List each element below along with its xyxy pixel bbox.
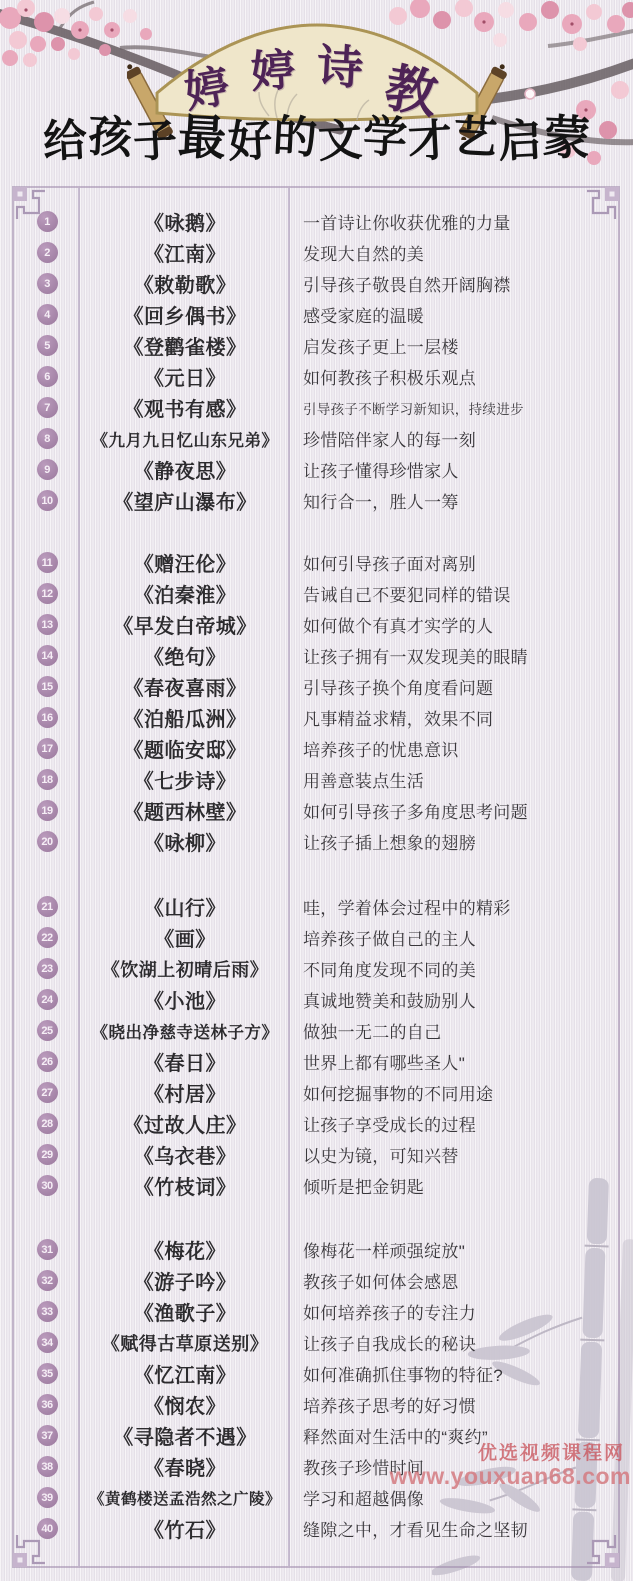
poem-title: 《乌衣巷》 xyxy=(80,1140,290,1169)
poem-title: 《春夜喜雨》 xyxy=(80,672,290,701)
poem-title: 《回乡偶书》 xyxy=(80,300,290,329)
item-number-badge: 17 xyxy=(37,738,58,759)
poem-title: 《望庐山瀑布》 xyxy=(80,486,290,515)
item-number-badge: 11 xyxy=(37,552,58,573)
watermark: 优选视频课程网 www.youxuan68.com xyxy=(389,1444,631,1488)
list-item: 11 《赠汪伦》 如何引导孩子面对离别 xyxy=(14,547,618,578)
poem-title: 《早发白帝城》 xyxy=(80,610,290,639)
list-item: 24 《小池》 真诚地赞美和鼓励别人 xyxy=(14,984,618,1015)
list-item: 7 《观书有感》 引导孩子不断学习新知识，持续进步 xyxy=(14,392,618,423)
item-number-badge: 22 xyxy=(37,927,58,948)
item-number-badge: 30 xyxy=(37,1175,58,1196)
list-item: 8 《九月九日忆山东兄弟》 珍惜陪伴家人的每一刻 xyxy=(14,423,618,454)
watermark-site-url: www.youxuan68.com xyxy=(389,1465,631,1488)
list-item: 2 《江南》 发现大自然的美 xyxy=(14,237,618,268)
poem-title: 《忆江南》 xyxy=(80,1359,290,1388)
poem-title: 《绝句》 xyxy=(80,641,290,670)
poem-description: 让孩子插上想象的翅膀 xyxy=(290,829,618,854)
poem-description: 缝隙之中，才看见生命之坚韧 xyxy=(290,1516,618,1541)
item-number-badge: 26 xyxy=(37,1051,58,1072)
poem-description: 培养孩子做自己的主人 xyxy=(290,925,618,950)
poem-description: 知行合一，胜人一筹 xyxy=(290,488,618,513)
item-number-badge: 29 xyxy=(37,1144,58,1165)
list-item: 40 《竹石》 缝隙之中，才看见生命之坚韧 xyxy=(14,1513,618,1544)
poem-title: 《饮湖上初晴后雨》 xyxy=(80,956,290,982)
item-number-badge: 38 xyxy=(37,1456,58,1477)
poem-title: 《过故人庄》 xyxy=(80,1109,290,1138)
item-number-badge: 7 xyxy=(37,397,58,418)
list-frame: 1 《咏鹅》 一首诗让你收获优雅的力量 2 《江南》 发现大自然的美 3 《敕勒… xyxy=(12,186,620,1568)
item-number-badge: 13 xyxy=(37,614,58,635)
list-item: 32 《游子吟》 教孩子如何体会感恩 xyxy=(14,1265,618,1296)
poem-title: 《题临安邸》 xyxy=(80,734,290,763)
list-item: 4 《回乡偶书》 感受家庭的温暖 xyxy=(14,299,618,330)
item-number-badge: 32 xyxy=(37,1270,58,1291)
poem-description: 如何挖掘事物的不同用途 xyxy=(290,1080,618,1105)
list-item: 17 《题临安邸》 培养孩子的忧患意识 xyxy=(14,733,618,764)
item-number-badge: 36 xyxy=(37,1394,58,1415)
poem-title: 《泊船瓜洲》 xyxy=(80,703,290,732)
poem-title: 《元日》 xyxy=(80,362,290,391)
list-item: 12 《泊秦淮》 告诫自己不要犯同样的错误 xyxy=(14,578,618,609)
list-item: 28 《过故人庄》 让孩子享受成长的过程 xyxy=(14,1108,618,1139)
list-item: 6 《元日》 如何教孩子积极乐观点 xyxy=(14,361,618,392)
poem-description: 不同角度发现不同的美 xyxy=(290,956,618,981)
subtitle-char: 子 xyxy=(132,119,178,165)
poem-title: 《咏鹅》 xyxy=(80,207,290,236)
list-item: 36 《悯农》 培养孩子思考的好习惯 xyxy=(14,1389,618,1420)
poem-title: 《观书有感》 xyxy=(80,393,290,422)
list-item: 13 《早发白帝城》 如何做个有真才实学的人 xyxy=(14,609,618,640)
list-item: 3 《敕勒歌》 引导孩子敬畏自然开阔胸襟 xyxy=(14,268,618,299)
subtitle-char: 才 xyxy=(406,119,452,165)
poem-description: 感受家庭的温暖 xyxy=(290,302,618,327)
poem-title: 《渔歌子》 xyxy=(80,1297,290,1326)
item-number-badge: 6 xyxy=(37,366,58,387)
poem-description: 让孩子拥有一双发现美的眼睛 xyxy=(290,643,618,668)
list-item: 18 《七步诗》 用善意装点生活 xyxy=(14,764,618,795)
list-item: 34 《赋得古草原送别》 让孩子自我成长的秘诀 xyxy=(14,1327,618,1358)
list-item: 25 《晓出净慈寺送林子方》 做独一无二的自己 xyxy=(14,1015,618,1046)
list-item: 9 《静夜思》 让孩子懂得珍惜家人 xyxy=(14,454,618,485)
poem-description: 让孩子懂得珍惜家人 xyxy=(290,457,618,482)
item-number-badge: 21 xyxy=(37,896,58,917)
poem-title: 《小池》 xyxy=(80,985,290,1014)
item-number-badge: 20 xyxy=(37,831,58,852)
poem-title: 《寻隐者不遇》 xyxy=(80,1421,290,1450)
subtitle-char: 的 xyxy=(271,115,317,161)
list-item: 35 《忆江南》 如何准确抓住事物的特征? xyxy=(14,1358,618,1389)
poem-description: 让孩子享受成长的过程 xyxy=(290,1111,618,1136)
list-item: 27 《村居》 如何挖掘事物的不同用途 xyxy=(14,1077,618,1108)
poem-description: 如何准确抓住事物的特征? xyxy=(290,1361,618,1386)
item-number-badge: 14 xyxy=(37,645,58,666)
list-item: 20 《咏柳》 让孩子插上想象的翅膀 xyxy=(14,826,618,857)
item-number-badge: 4 xyxy=(37,304,58,325)
poem-description: 教孩子如何体会感恩 xyxy=(290,1268,618,1293)
poem-description: 如何教孩子积极乐观点 xyxy=(290,364,618,389)
subtitle-char: 文 xyxy=(316,119,362,165)
poem-title: 《赠汪伦》 xyxy=(80,548,290,577)
subtitle-char: 孩 xyxy=(87,115,133,161)
poem-description: 让孩子自我成长的秘诀 xyxy=(290,1330,618,1355)
poem-group-1-10: 1 《咏鹅》 一首诗让你收获优雅的力量 2 《江南》 发现大自然的美 3 《敕勒… xyxy=(14,206,618,516)
poem-description: 凡事精益求精，效果不同 xyxy=(290,705,618,730)
poem-title: 《七步诗》 xyxy=(80,765,290,794)
poem-description: 引导孩子换个角度看问题 xyxy=(290,674,618,699)
list-item: 26 《春日》 世界上都有哪些圣人" xyxy=(14,1046,618,1077)
list-item: 14 《绝句》 让孩子拥有一双发现美的眼睛 xyxy=(14,640,618,671)
subtitle-char: 给 xyxy=(42,119,88,165)
subtitle-char: 艺 xyxy=(451,115,497,161)
banner-title-char: 诗 xyxy=(316,43,364,91)
poem-title: 《敕勒歌》 xyxy=(80,269,290,298)
list-item: 15 《春夜喜雨》 引导孩子换个角度看问题 xyxy=(14,671,618,702)
poem-title: 《春晓》 xyxy=(80,1452,290,1481)
poem-title: 《山行》 xyxy=(80,892,290,921)
item-number-badge: 1 xyxy=(37,211,58,232)
subtitle: 给孩子最好的文学才艺启蒙 xyxy=(30,108,603,172)
poem-title: 《题西林壁》 xyxy=(80,796,290,825)
poem-description: 如何培养孩子的专注力 xyxy=(290,1299,618,1324)
poem-title: 《游子吟》 xyxy=(80,1266,290,1295)
poem-description: 用善意装点生活 xyxy=(290,767,618,792)
poem-title: 《泊秦淮》 xyxy=(80,579,290,608)
item-number-badge: 40 xyxy=(37,1518,58,1539)
item-number-badge: 9 xyxy=(37,459,58,480)
item-number-badge: 19 xyxy=(37,800,58,821)
poem-description: 启发孩子更上一层楼 xyxy=(290,333,618,358)
item-number-badge: 5 xyxy=(37,335,58,356)
item-number-badge: 37 xyxy=(37,1425,58,1446)
subtitle-char: 好 xyxy=(226,119,272,165)
item-number-badge: 28 xyxy=(37,1113,58,1134)
list-item: 1 《咏鹅》 一首诗让你收获优雅的力量 xyxy=(14,206,618,237)
item-number-badge: 15 xyxy=(37,676,58,697)
poem-description: 培养孩子的忧患意识 xyxy=(290,736,618,761)
subtitle-char: 最 xyxy=(177,113,227,163)
poem-title: 《竹石》 xyxy=(80,1514,290,1543)
poem-title: 《春日》 xyxy=(80,1047,290,1076)
poem-description: 发现大自然的美 xyxy=(290,240,618,265)
poem-title: 《九月九日忆山东兄弟》 xyxy=(80,427,290,451)
poem-title: 《登鹳雀楼》 xyxy=(80,331,290,360)
item-number-badge: 35 xyxy=(37,1363,58,1384)
item-number-badge: 18 xyxy=(37,769,58,790)
item-number-badge: 23 xyxy=(37,958,58,979)
poem-description: 一首诗让你收获优雅的力量 xyxy=(290,209,618,234)
item-number-badge: 34 xyxy=(37,1332,58,1353)
item-number-badge: 2 xyxy=(37,242,58,263)
poem-description: 如何引导孩子多角度思考问题 xyxy=(290,798,618,823)
list-item: 16 《泊船瓜洲》 凡事精益求精，效果不同 xyxy=(14,702,618,733)
poem-description: 如何引导孩子面对离别 xyxy=(290,550,618,575)
poem-title: 《竹枝词》 xyxy=(80,1171,290,1200)
list-item: 21 《山行》 哇，学着体会过程中的精彩 xyxy=(14,891,618,922)
item-number-badge: 10 xyxy=(37,490,58,511)
poem-group-31-40: 31 《梅花》 像梅花一样顽强绽放" 32 《游子吟》 教孩子如何体会感恩 33… xyxy=(14,1234,618,1544)
poem-description: 真诚地赞美和鼓励别人 xyxy=(290,987,618,1012)
poem-title: 《江南》 xyxy=(80,238,290,267)
poem-description: 珍惜陪伴家人的每一刻 xyxy=(290,426,618,451)
subtitle-char: 学 xyxy=(361,115,407,161)
item-number-badge: 24 xyxy=(37,989,58,1010)
list-item: 22 《画》 培养孩子做自己的主人 xyxy=(14,922,618,953)
list-item: 19 《题西林壁》 如何引导孩子多角度思考问题 xyxy=(14,795,618,826)
list-item: 10 《望庐山瀑布》 知行合一，胜人一筹 xyxy=(14,485,618,516)
poem-title: 《悯农》 xyxy=(80,1390,290,1419)
poem-title: 《赋得古草原送别》 xyxy=(80,1330,290,1356)
list-item: 23 《饮湖上初晴后雨》 不同角度发现不同的美 xyxy=(14,953,618,984)
item-number-badge: 33 xyxy=(37,1301,58,1322)
poem-description: 世界上都有哪些圣人" xyxy=(290,1049,618,1074)
list-item: 31 《梅花》 像梅花一样顽强绽放" xyxy=(14,1234,618,1265)
item-number-badge: 12 xyxy=(37,583,58,604)
poem-description: 培养孩子思考的好习惯 xyxy=(290,1392,618,1417)
poem-title: 《晓出净慈寺送林子方》 xyxy=(80,1019,290,1043)
poem-description: 告诫自己不要犯同样的错误 xyxy=(290,581,618,606)
item-number-badge: 39 xyxy=(37,1487,58,1508)
poem-description: 哇，学着体会过程中的精彩 xyxy=(290,894,618,919)
poem-group-11-20: 11 《赠汪伦》 如何引导孩子面对离别 12 《泊秦淮》 告诫自己不要犯同样的错… xyxy=(14,547,618,857)
list-item: 29 《乌衣巷》 以史为镜，可知兴替 xyxy=(14,1139,618,1170)
watermark-site-name: 优选视频课程网 xyxy=(389,1444,631,1463)
list-item: 30 《竹枝词》 倾听是把金钥匙 xyxy=(14,1170,618,1201)
poem-description: 做独一无二的自己 xyxy=(290,1018,618,1043)
poem-description: 以史为镜，可知兴替 xyxy=(290,1142,618,1167)
poem-title: 《画》 xyxy=(80,923,290,952)
list-item: 5 《登鹳雀楼》 启发孩子更上一层楼 xyxy=(14,330,618,361)
item-number-badge: 27 xyxy=(37,1082,58,1103)
item-number-badge: 25 xyxy=(37,1020,58,1041)
banner-title-char: 婷 xyxy=(250,49,297,96)
poem-description: 像梅花一样顽强绽放" xyxy=(290,1237,618,1262)
poem-title: 《黄鹤楼送孟浩然之广陵》 xyxy=(80,1487,290,1509)
item-number-badge: 8 xyxy=(37,428,58,449)
subtitle-char: 蒙 xyxy=(541,113,590,162)
poem-title: 《咏柳》 xyxy=(80,827,290,856)
poem-description: 倾听是把金钥匙 xyxy=(290,1173,618,1198)
item-number-badge: 3 xyxy=(37,273,58,294)
poem-title: 《村居》 xyxy=(80,1078,290,1107)
poem-description: 如何做个有真才实学的人 xyxy=(290,612,618,637)
poem-title: 《梅花》 xyxy=(80,1235,290,1264)
list-item: 33 《渔歌子》 如何培养孩子的专注力 xyxy=(14,1296,618,1327)
poem-description: 引导孩子不断学习新知识，持续进步 xyxy=(290,398,618,418)
item-number-badge: 16 xyxy=(37,707,58,728)
subtitle-char: 启 xyxy=(496,119,542,165)
poem-group-21-30: 21 《山行》 哇，学着体会过程中的精彩 22 《画》 培养孩子做自己的主人 2… xyxy=(14,891,618,1201)
item-number-badge: 31 xyxy=(37,1239,58,1260)
poem-description: 引导孩子敬畏自然开阔胸襟 xyxy=(290,271,618,296)
poem-title: 《静夜思》 xyxy=(80,455,290,484)
